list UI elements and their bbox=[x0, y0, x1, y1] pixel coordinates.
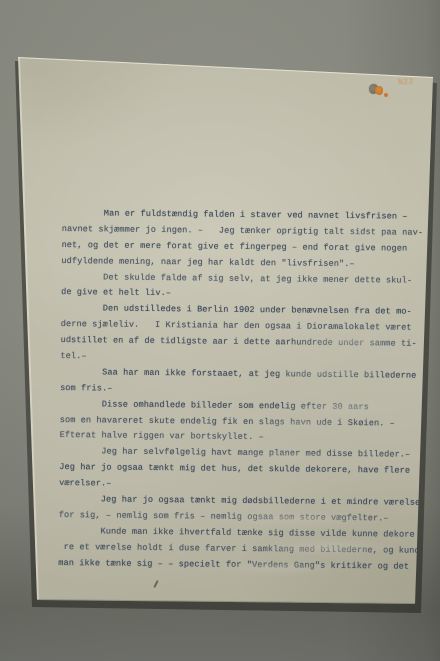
orange-stain bbox=[375, 86, 383, 95]
paper-sheet: N22 Man er fuldstændig falden i staver v… bbox=[0, 0, 440, 661]
document-photo: N22 Man er fuldstændig falden i staver v… bbox=[0, 0, 440, 661]
typewritten-text-block: Man er fuldstændig falden i staver ved n… bbox=[58, 206, 428, 575]
archive-number-stamp: N22 bbox=[398, 78, 414, 88]
pencil-mark bbox=[153, 580, 159, 588]
orange-stain-dot bbox=[384, 93, 388, 97]
